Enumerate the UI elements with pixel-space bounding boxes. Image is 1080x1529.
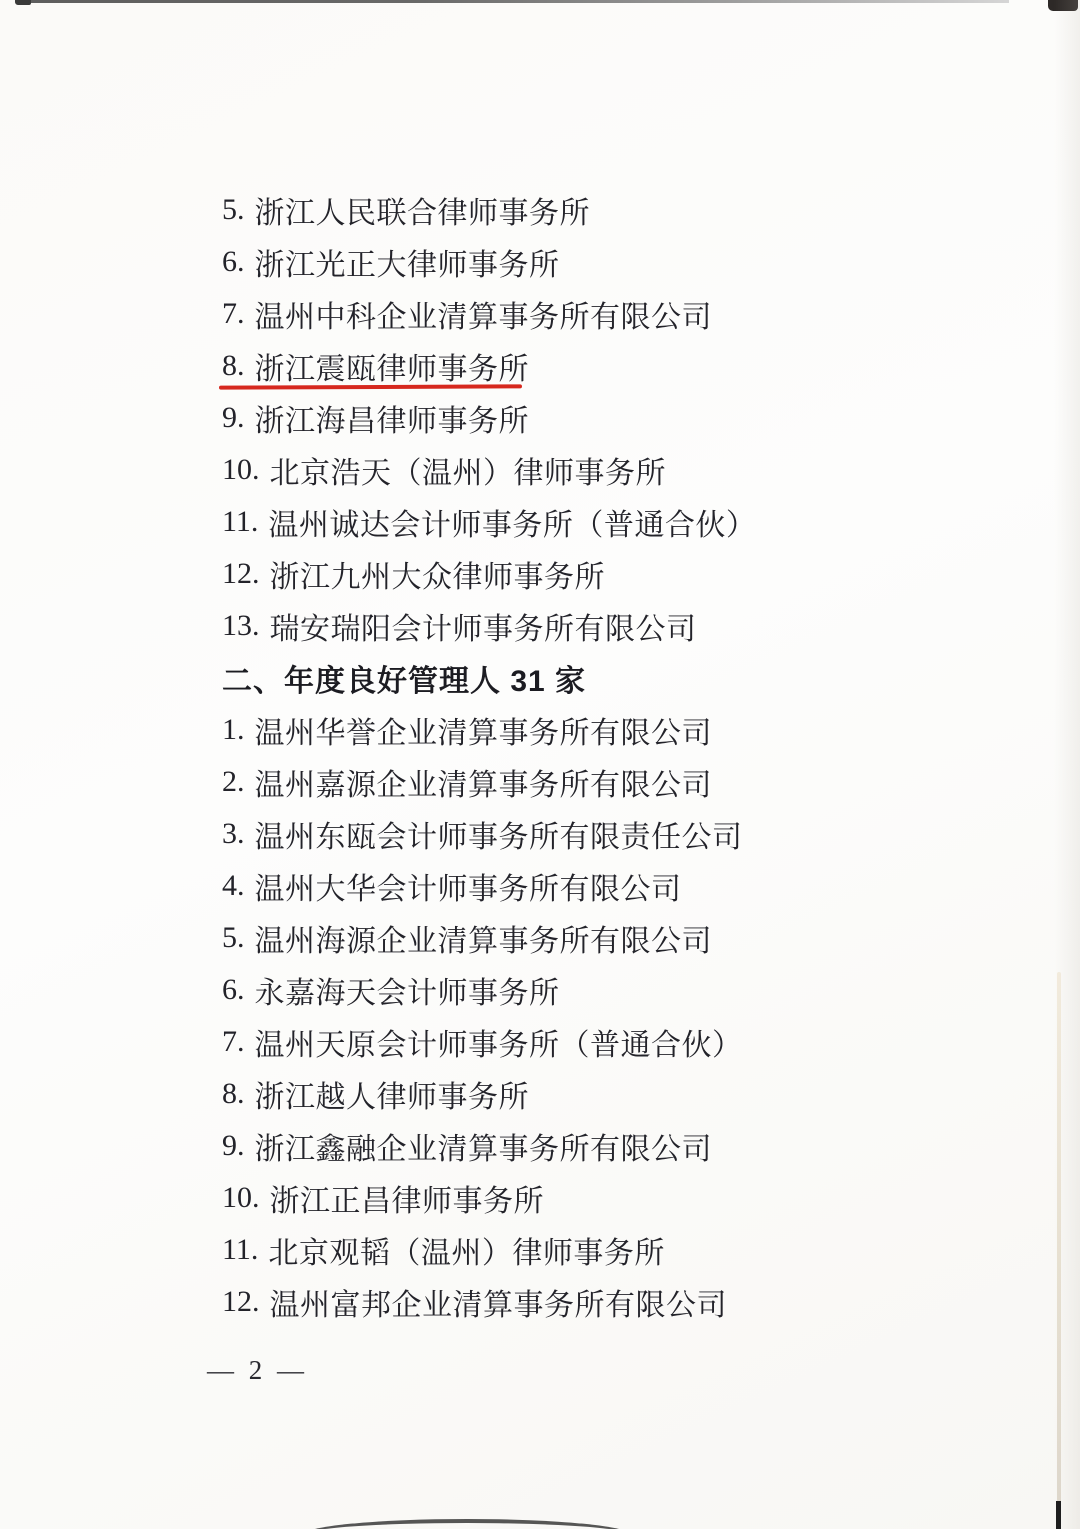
list-item: 11. 北京观韬（温州）律师事务所	[222, 1224, 902, 1276]
list-item: 1. 温州华誉企业清算事务所有限公司	[222, 704, 902, 756]
list-item-number: 4.	[222, 869, 245, 903]
list-item: 11. 温州诚达会计师事务所（普通合伙）	[222, 496, 902, 548]
list-item-number: 10.	[222, 453, 260, 487]
list-item-text: 浙江光正大律师事务所	[255, 240, 560, 284]
list-item-text: 北京浩天（温州）律师事务所	[270, 448, 667, 492]
list-item: 6. 永嘉海天会计师事务所	[222, 964, 902, 1016]
list-item-number: 7.	[222, 1025, 245, 1059]
list-item-text: 浙江人民联合律师事务所	[255, 188, 591, 232]
section-heading-text: 二、年度良好管理人 31 家	[222, 656, 586, 700]
list-item-number: 9.	[222, 401, 245, 435]
list-item: 9. 浙江海昌律师事务所	[222, 392, 902, 444]
section-heading: 二、年度良好管理人 31 家	[222, 652, 902, 704]
list-item: 12. 浙江九州大众律师事务所	[222, 548, 902, 600]
list-item: 7. 温州中科企业清算事务所有限公司	[222, 288, 902, 340]
list-item-text: 温州诚达会计师事务所（普通合伙）	[268, 500, 756, 544]
list-item-number: 10.	[222, 1181, 260, 1215]
list-item: 13. 瑞安瑞阳会计师事务所有限公司	[222, 600, 902, 652]
list-item: 10. 北京浩天（温州）律师事务所	[222, 444, 902, 496]
list-item-number: 12.	[222, 557, 260, 591]
list-item-number: 6.	[222, 973, 245, 1007]
list-item: 5. 温州海源企业清算事务所有限公司	[222, 912, 902, 964]
list-item-text: 永嘉海天会计师事务所	[255, 968, 560, 1012]
list-item-text: 温州大华会计师事务所有限公司	[255, 864, 682, 908]
list-item-number: 13.	[222, 609, 260, 643]
list-item-number: 12.	[222, 1285, 260, 1319]
list-item: 8. 浙江越人律师事务所	[222, 1068, 902, 1120]
scan-bottom-page-curl	[303, 1519, 631, 1529]
list-item-number: 5.	[222, 193, 245, 227]
scanned-document-page: 5. 浙江人民联合律师事务所 6. 浙江光正大律师事务所 7. 温州中科企业清算…	[0, 0, 1080, 1529]
list-item: 9. 浙江鑫融企业清算事务所有限公司	[222, 1120, 902, 1172]
list-item-text: 温州富邦企业清算事务所有限公司	[270, 1280, 728, 1324]
list-item-text: 温州嘉源企业清算事务所有限公司	[255, 760, 713, 804]
list-item-number: 9.	[222, 1129, 245, 1163]
list-item-text: 温州华誉企业清算事务所有限公司	[255, 708, 713, 752]
list-item-text: 温州中科企业清算事务所有限公司	[255, 292, 713, 336]
list-item: 3. 温州东瓯会计师事务所有限责任公司	[222, 808, 902, 860]
scan-top-left-mark	[15, 0, 31, 5]
list-item-number: 5.	[222, 921, 245, 955]
list-item: 7. 温州天原会计师事务所（普通合伙）	[222, 1016, 902, 1068]
list-item-text: 温州海源企业清算事务所有限公司	[255, 916, 713, 960]
list-item-number: 8.	[222, 349, 245, 383]
list-item-text: 浙江海昌律师事务所	[255, 396, 530, 440]
list-item-text: 浙江震瓯律师事务所	[255, 344, 530, 388]
list-item-text: 北京观韬（温州）律师事务所	[268, 1228, 665, 1272]
list-item: 12. 温州富邦企业清算事务所有限公司	[222, 1276, 902, 1328]
list-item: 5. 浙江人民联合律师事务所	[222, 184, 902, 236]
list-item-number: 11.	[222, 505, 258, 539]
list-item-highlighted: 8. 浙江震瓯律师事务所	[222, 340, 902, 392]
list-item-text: 瑞安瑞阳会计师事务所有限公司	[270, 604, 697, 648]
list-item-number: 8.	[222, 1077, 245, 1111]
list-item-number: 11.	[222, 1233, 258, 1267]
list-item-number: 7.	[222, 297, 245, 331]
list-item-text: 温州天原会计师事务所（普通合伙）	[255, 1020, 743, 1064]
scan-right-bottom-mark	[1056, 1501, 1061, 1529]
scan-top-edge-line	[21, 0, 1009, 3]
scan-right-streak	[1057, 972, 1061, 1504]
list-item-text: 温州东瓯会计师事务所有限责任公司	[255, 812, 743, 856]
red-underline-annotation	[219, 384, 522, 389]
list-item: 10. 浙江正昌律师事务所	[222, 1172, 902, 1224]
list-item-number: 1.	[222, 713, 245, 747]
list-item-text: 浙江鑫融企业清算事务所有限公司	[255, 1124, 713, 1168]
list-item: 6. 浙江光正大律师事务所	[222, 236, 902, 288]
document-body: 5. 浙江人民联合律师事务所 6. 浙江光正大律师事务所 7. 温州中科企业清算…	[222, 184, 902, 1328]
page-number: — 2 —	[207, 1355, 308, 1386]
list-item-number: 3.	[222, 817, 245, 851]
list-item-number: 2.	[222, 765, 245, 799]
list-item-text: 浙江正昌律师事务所	[270, 1176, 545, 1220]
list-item: 2. 温州嘉源企业清算事务所有限公司	[222, 756, 902, 808]
list-item-text: 浙江越人律师事务所	[255, 1072, 530, 1116]
list-item: 4. 温州大华会计师事务所有限公司	[222, 860, 902, 912]
list-item-text: 浙江九州大众律师事务所	[270, 552, 606, 596]
list-item-number: 6.	[222, 245, 245, 279]
